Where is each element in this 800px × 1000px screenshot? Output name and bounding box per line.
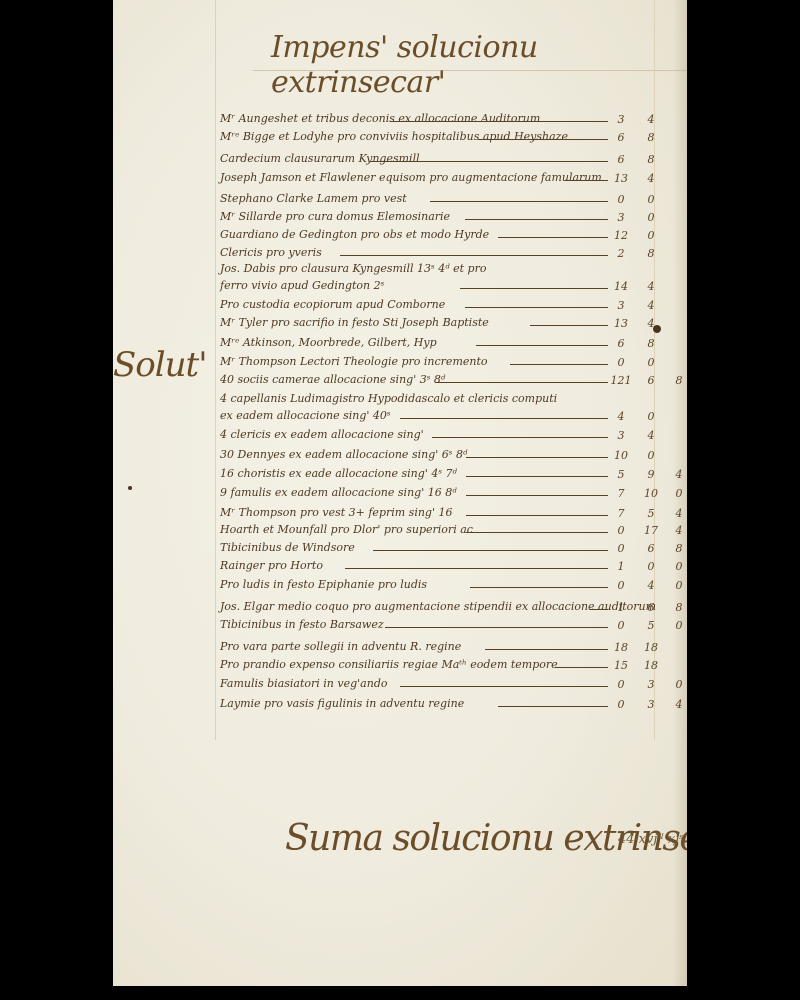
amount-pounds: 2 (610, 247, 632, 261)
ledger-entry: Pro custodia ecopiorum apud Comborne34 (113, 298, 687, 316)
amount-shillings: 4 (640, 172, 662, 186)
ledger-entry: Joseph Jamson et Flawlener equisom pro a… (113, 171, 687, 189)
amount-shillings: 0 (640, 449, 662, 463)
amount-pence: 8 (668, 601, 687, 615)
amount-shillings: 0 (640, 410, 662, 424)
ledger-entry: 30 Dennyes ex eadem allocacione sing' 6ˢ… (113, 448, 687, 466)
ledger-entry: Mʳ Aungeshet et tribus deconis ex alloca… (113, 112, 687, 130)
leader-line (530, 325, 608, 326)
ledger-entry: 40 sociis camerae allocacione sing' 3ˢ 8… (113, 373, 687, 391)
amount-pence: 0 (668, 487, 687, 501)
entry-text: Joseph Jamson et Flawlener equisom pro a… (220, 171, 602, 185)
amount-pounds: 0 (610, 193, 632, 207)
amount-pence: 0 (668, 579, 687, 593)
leader-line (466, 457, 608, 458)
ledger-entry: 16 choristis ex eade allocacione sing' 4… (113, 467, 687, 485)
amount-pounds: 6 (610, 153, 632, 167)
entry-text: 4 capellanis Ludimagistro Hypodidascalo … (220, 392, 557, 406)
amount-pounds: 12 (610, 229, 632, 243)
manuscript-page: Impens' solucionu extrinsecar' Solut' Mʳ… (113, 0, 687, 986)
page-heading: Impens' solucionu extrinsecar' (271, 30, 687, 100)
amount-shillings: 4 (640, 299, 662, 313)
amount-shillings: 9 (640, 468, 662, 482)
amount-pounds: 0 (610, 579, 632, 593)
ledger-entry: Pro prandio expenso consiliariis regiae … (113, 658, 687, 676)
amount-pounds: 13 (610, 317, 632, 331)
ledger-entry: Stephano Clarke Lamem pro vest00 (113, 192, 687, 210)
entry-text: 30 Dennyes ex eadem allocacione sing' 6ˢ… (220, 448, 467, 462)
entry-text: ex eadem allocacione sing' 40ˢ (220, 409, 391, 423)
amount-shillings: 6 (640, 542, 662, 556)
ledger-entry: Mʳᵉ Bigge et Lodyhe pro conviviis hospit… (113, 130, 687, 148)
leader-line (466, 495, 608, 496)
leader-line (385, 627, 608, 628)
amount-shillings: 4 (640, 579, 662, 593)
entry-text: Mʳᵉ Atkinson, Moorbrede, Gilbert, Hyp (220, 336, 437, 350)
amount-shillings: 3 (640, 678, 662, 692)
amount-pence: 8 (668, 542, 687, 556)
entry-text: Jos. Elgar medio coquo pro augmentacione… (220, 600, 656, 614)
ledger-entry: Famulis biasiatori in veg'ando030 (113, 677, 687, 695)
entry-text: 4 clericis ex eadem allocacione sing' (220, 428, 424, 442)
leader-line (460, 288, 608, 289)
amount-shillings: 0 (640, 193, 662, 207)
amount-pounds: 0 (610, 698, 632, 712)
amount-shillings: 0 (640, 211, 662, 225)
amount-shillings: 4 (640, 429, 662, 443)
amount-pounds: 0 (610, 542, 632, 556)
amount-shillings: 3 (640, 698, 662, 712)
leader-line (432, 437, 608, 438)
leader-line (430, 201, 608, 202)
amount-pounds: 1 (610, 560, 632, 574)
amount-pounds: 3 (610, 113, 632, 127)
ledger-entry: ex eadem allocacione sing' 40ˢ40 (113, 409, 687, 427)
entry-text: Tibicinibus de Windsore (220, 541, 355, 555)
entry-text: Cardecium clausurarum Kyngesmill (220, 152, 420, 166)
ledger-entry: 9 famulis ex eadem allocacione sing' 16 … (113, 486, 687, 504)
entry-text: 9 famulis ex eadem allocacione sing' 16 … (220, 486, 457, 500)
entry-text: Stephano Clarke Lamem pro vest (220, 192, 407, 206)
entry-text: 16 choristis ex eade allocacione sing' 4… (220, 467, 457, 481)
leader-line (345, 568, 608, 569)
leader-line (555, 667, 608, 668)
ledger-entry: Jos. Dabis pro clausura Kyngesmill 13ˢ 4… (113, 262, 687, 280)
amount-pence: 4 (668, 698, 687, 712)
amount-pounds: 0 (610, 678, 632, 692)
leader-line (400, 686, 608, 687)
ledger-entry: Mʳ Sillarde pro cura domus Elemosinarie3… (113, 210, 687, 228)
amount-shillings: 6 (640, 374, 662, 388)
entry-text: Clericis pro yveris (220, 246, 322, 260)
amount-pounds: 0 (610, 524, 632, 538)
entry-text: Mʳ Aungeshet et tribus deconis ex alloca… (220, 112, 540, 126)
entry-text: ferro vivio apud Gedington 2ˢ (220, 279, 384, 293)
amount-pence: 0 (668, 678, 687, 692)
ledger-entry: Pro ludis in festo Epiphanie pro ludis04… (113, 578, 687, 596)
entry-text: Pro prandio expenso consiliariis regiae … (220, 658, 558, 672)
amount-pounds: 5 (610, 468, 632, 482)
amount-shillings: 0 (640, 560, 662, 574)
ledger-entry: Mʳ Thompson pro vest 3+ feprim sing' 167… (113, 506, 687, 524)
amount-pounds: 13 (610, 172, 632, 186)
amount-pounds: 1 (610, 601, 632, 615)
ledger-entry: 4 clericis ex eadem allocacione sing'34 (113, 428, 687, 446)
amount-shillings: 4 (640, 280, 662, 294)
entry-text: Pro ludis in festo Epiphanie pro ludis (220, 578, 427, 592)
amount-pence: 4 (668, 507, 687, 521)
entry-text: Rainger pro Horto (220, 559, 323, 573)
amount-pence: 0 (668, 560, 687, 574)
amount-pence: 8 (668, 374, 687, 388)
amount-shillings: 5 (640, 619, 662, 633)
summary-total: 44 xvjˡᴵ xjˢ xᵈ (618, 832, 687, 847)
ledger-entry: Tibicinibus in festo Barsawez050 (113, 618, 687, 636)
entry-text: Tibicinibus in festo Barsawez (220, 618, 384, 632)
ledger-entry: Rainger pro Horto100 (113, 559, 687, 577)
entry-text: Famulis biasiatori in veg'ando (220, 677, 388, 691)
amount-shillings: 8 (640, 153, 662, 167)
entry-text: Mʳᵉ Bigge et Lodyhe pro conviviis hospit… (220, 130, 568, 144)
amount-shillings: 8 (640, 247, 662, 261)
leader-line (565, 180, 608, 181)
amount-shillings: 4 (640, 317, 662, 331)
amount-pounds: 3 (610, 299, 632, 313)
leader-line (390, 121, 608, 122)
amount-shillings: 8 (640, 131, 662, 145)
ledger-entry: Laymie pro vasis figulinis in adventu re… (113, 697, 687, 715)
entry-text: Mʳ Thompson pro vest 3+ feprim sing' 16 (220, 506, 453, 520)
ledger-entry: Hoarth et Mounfall pro Dlor' pro superio… (113, 523, 687, 541)
entry-text: 40 sociis camerae allocacione sing' 3ˢ 8… (220, 373, 445, 387)
amount-pounds: 0 (610, 619, 632, 633)
leader-line (466, 515, 608, 516)
ledger-entry: Guardiano de Gedington pro obs et modo H… (113, 228, 687, 246)
entry-text: Pro custodia ecopiorum apud Comborne (220, 298, 445, 312)
ledger-entry: Mʳ Thompson Lectori Theologie pro increm… (113, 355, 687, 373)
leader-line (400, 418, 608, 419)
amount-pounds: 3 (610, 211, 632, 225)
amount-shillings: 4 (640, 113, 662, 127)
amount-shillings: 0 (640, 356, 662, 370)
leader-line (476, 345, 608, 346)
amount-shillings: 5 (640, 507, 662, 521)
leader-line (340, 255, 608, 256)
amount-pounds: 3 (610, 429, 632, 443)
leader-line (498, 237, 608, 238)
entry-text: Pro vara parte sollegii in adventu R. re… (220, 640, 461, 654)
amount-pounds: 7 (610, 507, 632, 521)
leader-line (465, 307, 608, 308)
entry-text: Hoarth et Mounfall pro Dlor' pro superio… (220, 523, 473, 537)
amount-shillings: 18 (640, 641, 662, 655)
entry-text: Laymie pro vasis figulinis in adventu re… (220, 697, 464, 711)
amount-pounds: 7 (610, 487, 632, 501)
ledger-entry: Cardecium clausurarum Kyngesmill68 (113, 152, 687, 170)
ledger-entry: Tibicinibus de Windsore068 (113, 541, 687, 559)
ledger-entry: Mʳᵉ Atkinson, Moorbrede, Gilbert, Hyp68 (113, 336, 687, 354)
leader-line (470, 587, 608, 588)
leader-line (478, 139, 608, 140)
leader-line (373, 550, 608, 551)
leader-line (370, 161, 608, 162)
entry-text: Guardiano de Gedington pro obs et modo H… (220, 228, 489, 242)
amount-pence: 4 (668, 524, 687, 538)
amount-pounds: 15 (610, 659, 632, 673)
amount-shillings: 10 (640, 487, 662, 501)
amount-shillings: 17 (640, 524, 662, 538)
amount-pounds: 14 (610, 280, 632, 294)
leader-line (510, 364, 608, 365)
amount-pounds: 18 (610, 641, 632, 655)
entry-text: Mʳ Sillarde pro cura domus Elemosinarie (220, 210, 450, 224)
amount-pounds: 10 (610, 449, 632, 463)
amount-pounds: 121 (610, 374, 632, 388)
amount-pounds: 6 (610, 131, 632, 145)
entry-text: Mʳ Thompson Lectori Theologie pro increm… (220, 355, 488, 369)
entry-text: Jos. Dabis pro clausura Kyngesmill 13ˢ 4… (220, 262, 486, 276)
leader-line (465, 219, 608, 220)
amount-pounds: 4 (610, 410, 632, 424)
amount-shillings: 6 (640, 601, 662, 615)
ledger-entry: ferro vivio apud Gedington 2ˢ144 (113, 279, 687, 297)
amount-shillings: 0 (640, 229, 662, 243)
ledger-entry: Mʳ Tyler pro sacrifio in festo Sti Josep… (113, 316, 687, 334)
ledger-entry: Pro vara parte sollegii in adventu R. re… (113, 640, 687, 658)
amount-pounds: 6 (610, 337, 632, 351)
entry-text: Mʳ Tyler pro sacrifio in festo Sti Josep… (220, 316, 489, 330)
leader-line (466, 476, 608, 477)
amount-pence: 4 (668, 468, 687, 482)
amount-shillings: 18 (640, 659, 662, 673)
leader-line (498, 706, 608, 707)
ledger-entry: Jos. Elgar medio coquo pro augmentacione… (113, 600, 687, 618)
ledger-entry: 4 capellanis Ludimagistro Hypodidascalo … (113, 392, 687, 410)
amount-pence: 0 (668, 619, 687, 633)
amount-pounds: 0 (610, 356, 632, 370)
leader-line (466, 532, 608, 533)
leader-line (590, 609, 608, 610)
leader-line (485, 649, 608, 650)
amount-shillings: 8 (640, 337, 662, 351)
leader-line (435, 382, 608, 383)
